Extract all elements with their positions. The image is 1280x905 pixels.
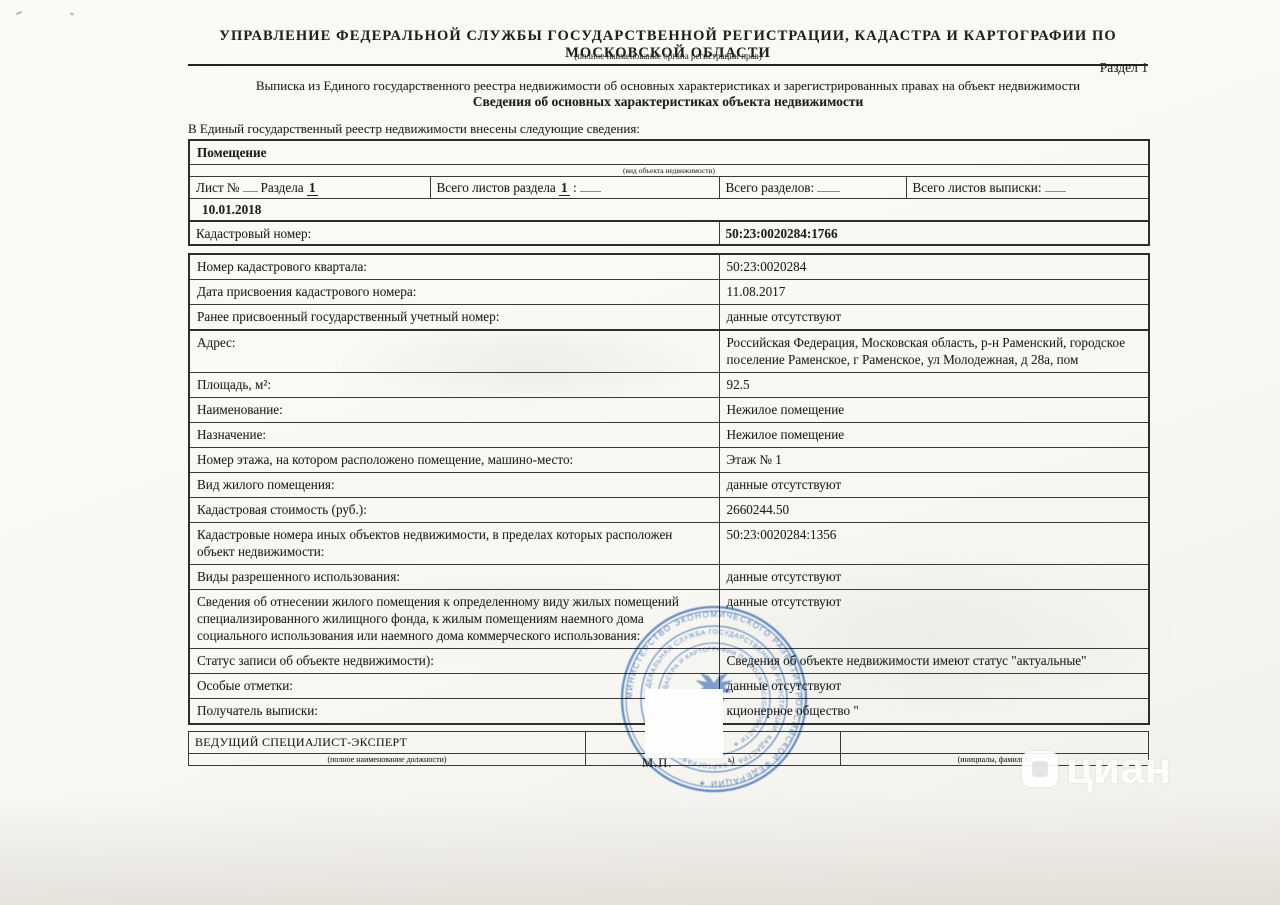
- row-value: Сведения об объекте недвижимости имеют с…: [719, 649, 1149, 674]
- table-row: Номер этажа, на котором расположено поме…: [189, 448, 1149, 473]
- row-label: Площадь, м²:: [189, 373, 719, 398]
- scanned-document-page: УПРАВЛЕНИЕ ФЕДЕРАЛЬНОЙ СЛУЖБЫ ГОСУДАРСТВ…: [0, 0, 1280, 905]
- row-label: Вид жилого помещения:: [189, 473, 719, 498]
- row-label: Особые отметки:: [189, 674, 719, 699]
- row-label: Наименование:: [189, 398, 719, 423]
- row-label: Получатель выписки:: [189, 699, 719, 725]
- row-label: Номер кадастрового квартала:: [189, 254, 719, 280]
- row-value: Нежилое помещение: [719, 423, 1149, 448]
- row-label: Дата присвоения кадастрового номера:: [189, 280, 719, 305]
- row-value: 92.5: [719, 373, 1149, 398]
- row-value: данные отсутствуют: [719, 590, 1149, 649]
- row-value: 11.08.2017: [719, 280, 1149, 305]
- row-label: Сведения об отнесении жилого помещения к…: [189, 590, 719, 649]
- date-row: 10.01.2018: [189, 199, 1149, 222]
- table-row: Номер кадастрового квартала:50:23:002028…: [189, 254, 1149, 280]
- cian-logo-icon: [1022, 751, 1058, 787]
- redaction-box: [645, 689, 723, 758]
- table-row: Сведения об отнесении жилого помещения к…: [189, 590, 1149, 649]
- row-value: 2660244.50: [719, 498, 1149, 523]
- blank-line: [817, 180, 840, 192]
- table-row: Кадастровые номера иных объектов недвижи…: [189, 523, 1149, 565]
- row-label: Статус записи об объекте недвижимости):: [189, 649, 719, 674]
- table-row: Статус записи об объекте недвижимости):С…: [189, 649, 1149, 674]
- object-type-caption: (вид объекта недвижимости): [189, 165, 1149, 177]
- scan-vignette: [0, 795, 1280, 905]
- scan-artifact-mark: [16, 11, 22, 15]
- position-title: ВЕДУЩИЙ СПЕЦИАЛИСТ-ЭКСПЕРТ: [189, 732, 586, 754]
- position-caption: (полное наименование должности): [189, 754, 586, 766]
- sheets-row: Лист №Раздела 1 Всего листов раздела 1 :…: [189, 177, 1149, 199]
- intro-text: В Единый государственный реестр недвижим…: [188, 121, 640, 137]
- details-table: Номер кадастрового квартала:50:23:002028…: [188, 253, 1150, 725]
- row-value: 50:23:0020284: [719, 254, 1149, 280]
- row-value: Этаж № 1: [719, 448, 1149, 473]
- row-label: Номер этажа, на котором расположено поме…: [189, 448, 719, 473]
- table-row: Адрес:Российская Федерация, Московская о…: [189, 330, 1149, 373]
- blank-line: [243, 180, 258, 192]
- table-row: Наименование:Нежилое помещение: [189, 398, 1149, 423]
- doc-title-line1: Выписка из Единого государственного реес…: [188, 78, 1148, 94]
- object-header-table: Помещение (вид объекта недвижимости) Лис…: [188, 139, 1150, 246]
- object-type-row: Помещение: [189, 140, 1149, 165]
- sheet-number-cell: Лист №Раздела 1: [189, 177, 430, 199]
- blank-line: [1045, 180, 1066, 192]
- row-label: Назначение:: [189, 423, 719, 448]
- row-value: данные отсутствуют: [719, 565, 1149, 590]
- cian-watermark: циан: [1022, 744, 1171, 794]
- cadastral-number-row: Кадастровый номер: 50:23:0020284:1766: [189, 221, 1149, 245]
- cadastral-number-label: Кадастровый номер:: [189, 221, 719, 245]
- object-type-caption-row: (вид объекта недвижимости): [189, 165, 1149, 177]
- row-value: данные отсутствуют: [719, 674, 1149, 699]
- blank-line: [580, 180, 601, 192]
- row-value: Российская Федерация, Московская область…: [719, 330, 1149, 373]
- row-value: данные отсутствуют: [719, 305, 1149, 331]
- total-sheets-cell: Всего листов раздела 1 :: [430, 177, 719, 199]
- table-row: Виды разрешенного использования:данные о…: [189, 565, 1149, 590]
- table-row: Дата присвоения кадастрового номера:11.0…: [189, 280, 1149, 305]
- row-label: Ранее присвоенный государственный учетны…: [189, 305, 719, 331]
- cadastral-number-value: 50:23:0020284:1766: [719, 221, 1149, 245]
- row-value: кционерное общество ": [719, 699, 1149, 725]
- row-value: данные отсутствуют: [719, 473, 1149, 498]
- details-table-body: Номер кадастрового квартала:50:23:002028…: [189, 254, 1149, 724]
- row-value: 50:23:0020284:1356: [719, 523, 1149, 565]
- total-statement-sheets-cell: Всего листов выписки:: [906, 177, 1149, 199]
- row-label: Кадастровые номера иных объектов недвижи…: [189, 523, 719, 565]
- row-label: Кадастровая стоимость (руб.):: [189, 498, 719, 523]
- table-row: Вид жилого помещения:данные отсутствуют: [189, 473, 1149, 498]
- cian-watermark-text: циан: [1066, 744, 1171, 794]
- object-type: Помещение: [189, 140, 1149, 165]
- table-row: Площадь, м²:92.5: [189, 373, 1149, 398]
- scan-artifact-mark: [70, 13, 74, 16]
- table-row: Кадастровая стоимость (руб.):2660244.50: [189, 498, 1149, 523]
- table-row: Ранее присвоенный государственный учетны…: [189, 305, 1149, 331]
- row-label: Виды разрешенного использования:: [189, 565, 719, 590]
- total-sections-cell: Всего разделов:: [719, 177, 906, 199]
- table-row: Назначение:Нежилое помещение: [189, 423, 1149, 448]
- row-value: Нежилое помещение: [719, 398, 1149, 423]
- section-label: Раздел 1: [188, 60, 1148, 76]
- row-label: Адрес:: [189, 330, 719, 373]
- stamp-place-caption: М.П.: [642, 756, 672, 771]
- doc-title-line2: Сведения об основных характеристиках объ…: [188, 94, 1148, 110]
- statement-date: 10.01.2018: [189, 199, 1149, 222]
